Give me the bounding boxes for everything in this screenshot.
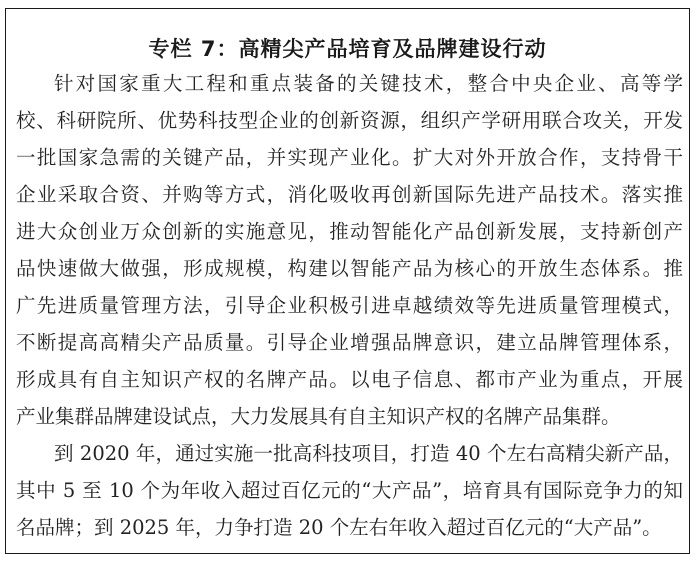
paragraph-1-line-2: 校、科研院所、优势科技型企业的创新资源，组织产学研用联合攻关，开发 (16, 102, 683, 139)
paragraph-2-line-2: 其中 5 至 10 个为年收入超过百亿元的“大产品”，培育具有国际竞争力的知 (16, 472, 683, 509)
paragraph-1-line-3: 一批国家急需的关键产品，并实现产业化。扩大对外开放合作，支持骨干 (16, 139, 683, 176)
paragraph-1-line-10: 产业集群品牌建设试点，大力发展具有自主知识产权的名牌产品集群。 (16, 398, 683, 435)
paragraph-1-line-6: 品快速做大做强，形成规模，构建以智能产品为核心的开放生态体系。推 (16, 250, 683, 287)
sidebar-box: 专栏 7：高精尖产品培育及品牌建设行动 针对国家重大工程和重点装备的关键技术，整… (5, 8, 690, 554)
paragraph-1-line-9: 形成具有自主知识产权的名牌产品。以电子信息、都市产业为重点，开展 (16, 361, 683, 398)
paragraph-1-line-8: 不断提高高精尖产品质量。引导企业增强品牌意识，建立品牌管理体系， (16, 324, 683, 361)
box-title: 专栏 7：高精尖产品培育及品牌建设行动 (6, 35, 689, 63)
paragraph-1-line-5: 进大众创业万众创新的实施意见，推动智能化产品创新发展，支持新创产 (16, 213, 683, 250)
paragraph-2-line-3: 名品牌；到 2025 年，力争打造 20 个左右年收入超过百亿元的“大产品”。 (16, 509, 683, 546)
paragraph-1-line-4: 企业采取合资、并购等方式，消化吸收再创新国际先进产品技术。落实推 (16, 176, 683, 213)
paragraph-1-line-7: 广先进质量管理方法，引导企业积极引进卓越绩效等先进质量管理模式， (16, 287, 683, 324)
paragraph-2-line-1: 到 2020 年，通过实施一批高科技项目，打造 40 个左右高精尖新产品， (54, 435, 683, 472)
paragraph-1-line-1: 针对国家重大工程和重点装备的关键技术，整合中央企业、高等学 (54, 65, 683, 102)
